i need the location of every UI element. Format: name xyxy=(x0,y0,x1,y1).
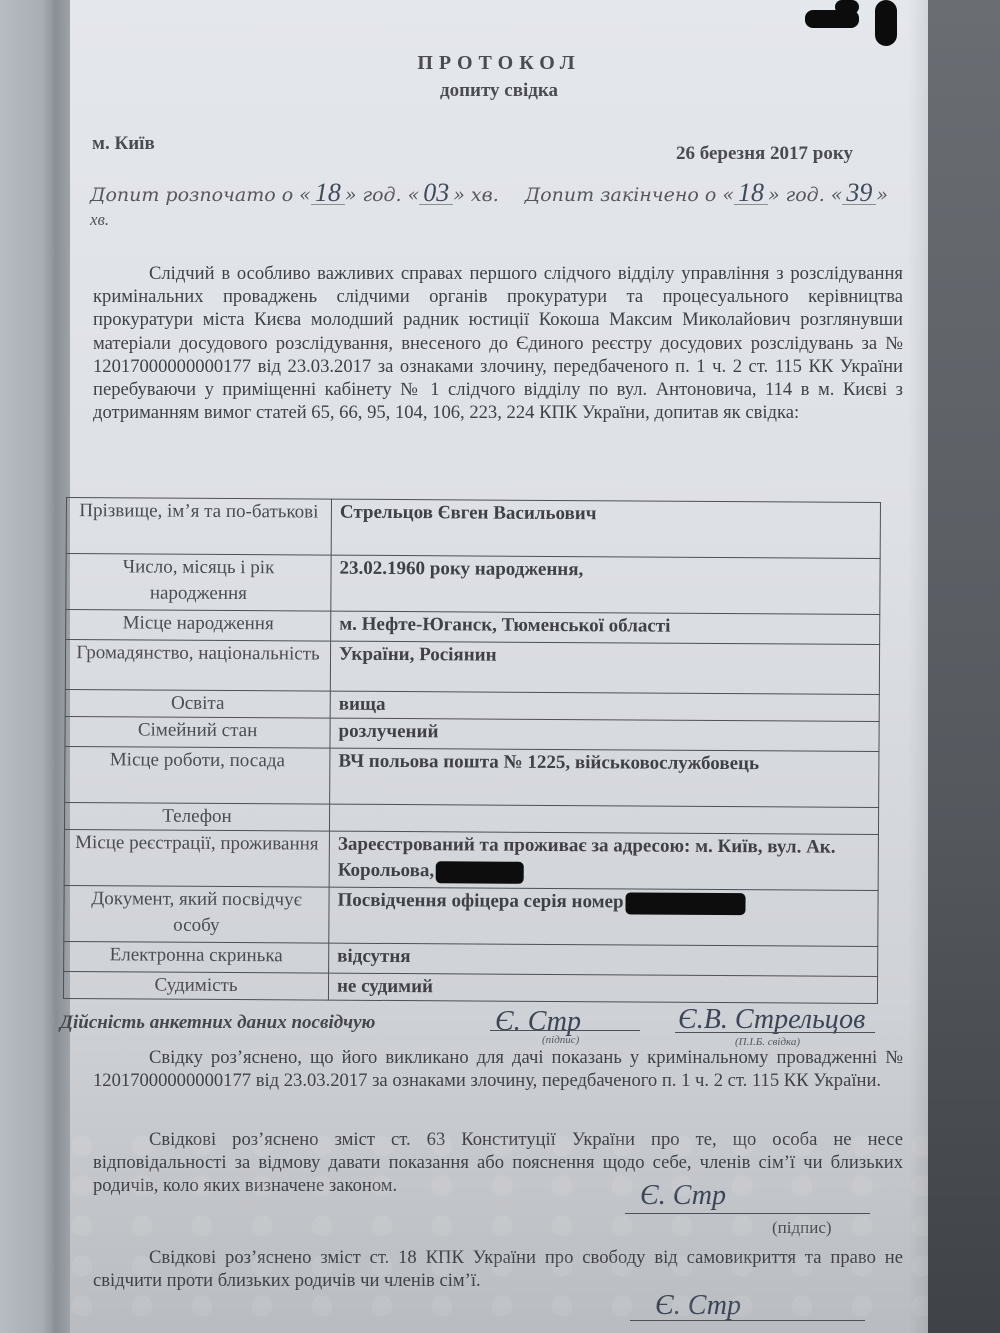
start-label: Допит розпочато о « xyxy=(90,184,311,206)
field-label: Місце роботи, посада xyxy=(65,746,330,804)
field-value-text: Зареєстрований та проживає за адресою: м… xyxy=(338,834,836,882)
signature-line-2 xyxy=(625,1213,870,1214)
field-value: розлучений xyxy=(330,718,879,751)
signature-caption-2: (підпис) xyxy=(772,1218,832,1238)
interrogation-times: Допит розпочато о «18» год. «03» хв.Допи… xyxy=(90,182,900,206)
field-value: Стрельцов Євген Васильович xyxy=(331,499,880,558)
end-minute-field: 39 xyxy=(842,182,876,205)
field-value: м. Нефте-Юганск, Тюменської області xyxy=(331,611,880,644)
field-value-text: Стрельцов Євген Васильович xyxy=(340,502,597,525)
document-subtitle: допиту свідка xyxy=(70,80,928,102)
paragraph-rights-3: Свідкові роз’яснено зміст ст. 18 КПК Укр… xyxy=(93,1246,903,1292)
table-row: Прізвище, ім’я та по-батьковіСтрельцов Є… xyxy=(66,498,880,559)
quote-close: » xyxy=(876,184,888,206)
field-value: відсутня xyxy=(329,943,878,976)
witness-details-table: Прізвище, ім’я та по-батьковіСтрельцов Є… xyxy=(63,497,881,1004)
document-title: ПРОТОКОЛ xyxy=(70,52,928,75)
table-row: Документ, який посвідчує особуПосвідченн… xyxy=(64,885,878,946)
field-value-text: відсутня xyxy=(337,946,411,967)
witness-signature-2: Є. Стр xyxy=(640,1180,726,1212)
table-row: Освітавища xyxy=(65,689,879,721)
signature-caption: (підпис) xyxy=(542,1034,579,1046)
minute-label: » хв. xyxy=(453,184,498,206)
intro-paragraph: Слідчий в особливо важливих справах перш… xyxy=(93,262,903,424)
field-label: Документ, який посвідчує особу xyxy=(64,885,329,943)
table-row: Сімейний станрозлучений xyxy=(65,716,879,751)
paragraph-3-text: Свідкові роз’яснено зміст ст. 63 Констит… xyxy=(93,1129,903,1196)
document-city: м. Київ xyxy=(92,133,155,155)
minutes-tail: хв. xyxy=(90,210,109,230)
field-value-text: ВЧ польова пошта № 1225, військовослужбо… xyxy=(338,751,759,775)
paragraph-2-text: Свідку роз’яснено, що його викликано для… xyxy=(93,1047,903,1091)
field-value: України, Росіянин xyxy=(330,641,879,694)
field-label: Місце реєстрації, проживання xyxy=(64,829,329,887)
table-row: Телефон xyxy=(64,802,878,834)
signature-line xyxy=(490,1030,640,1031)
end-hour-field: 18 xyxy=(734,182,768,205)
redaction-mark xyxy=(626,892,746,915)
field-value: Зареєстрований та проживає за адресою: м… xyxy=(329,831,878,890)
field-label: Судимість xyxy=(63,971,328,1000)
field-label: Освіта xyxy=(65,689,330,718)
name-line xyxy=(675,1032,875,1033)
document-page: ПРОТОКОЛ допиту свідка м. Київ 26 березн… xyxy=(70,0,928,1333)
table-row: Місце народженням. Нефте-Юганск, Тюменсь… xyxy=(66,610,880,645)
paragraph-rights-2: Свідкові роз’яснено зміст ст. 63 Констит… xyxy=(93,1128,903,1198)
field-value xyxy=(329,804,878,834)
hour-label: » год. « xyxy=(768,184,842,206)
field-value: ВЧ польова пошта № 1225, військовослужбо… xyxy=(330,748,879,807)
start-hour-field: 18 xyxy=(311,182,345,205)
field-value: Посвідчення офіцера серія номер xyxy=(329,887,878,946)
start-minute-field: 03 xyxy=(419,182,453,205)
verification-statement: Дійсність анкетних даних посвідчую xyxy=(60,1012,375,1034)
field-value: вища xyxy=(330,691,879,721)
field-value-text: не судимий xyxy=(337,976,433,998)
field-value-text: 23.02.1960 року народження, xyxy=(340,558,584,580)
table-row: Місце роботи, посадаВЧ польова пошта № 1… xyxy=(65,746,879,807)
field-label: Прізвище, ім’я та по-батькові xyxy=(66,498,331,556)
table-row: Місце реєстрації, проживанняЗареєстрован… xyxy=(64,829,878,890)
field-value-text: розлучений xyxy=(339,721,439,743)
hour-label: » год. « xyxy=(345,184,419,206)
field-value-text: України, Росіянин xyxy=(339,644,497,666)
redaction-mark-top xyxy=(805,0,905,48)
paragraph-rights-1: Свідку роз’яснено, що його викликано для… xyxy=(93,1046,903,1092)
table-row: Число, місяць і рік народження23.02.1960… xyxy=(66,554,880,615)
field-value: 23.02.1960 року народження, xyxy=(331,555,880,614)
field-value-text: м. Нефте-Юганск, Тюменської області xyxy=(339,614,670,637)
paragraph-4-text: Свідкові роз’яснено зміст ст. 18 КПК Укр… xyxy=(93,1247,903,1291)
background-right xyxy=(920,0,1000,1333)
field-label: Телефон xyxy=(64,802,329,831)
field-label: Місце народження xyxy=(66,610,331,642)
field-label: Сімейний стан xyxy=(65,716,330,748)
field-value-text: Посвідчення офіцера серія номер xyxy=(337,890,623,913)
table-row: Електронна скринькавідсутня xyxy=(64,941,878,976)
field-value-text: вища xyxy=(339,694,386,715)
field-label: Громадянство, національність xyxy=(65,640,330,692)
witness-signature-3: Є. Стр xyxy=(655,1290,741,1322)
end-label: Допит закінчено о « xyxy=(525,184,734,206)
table-row: Громадянство, національністьУкраїни, Рос… xyxy=(65,640,879,695)
field-value: не судимий xyxy=(328,973,877,1003)
document-date: 26 березня 2017 року xyxy=(676,143,853,165)
table-row: Судимістьне судимий xyxy=(63,971,877,1003)
redaction-mark xyxy=(436,861,524,884)
signature-line-3 xyxy=(630,1320,865,1321)
field-label: Число, місяць і рік народження xyxy=(66,554,331,612)
intro-text: Слідчий в особливо важливих справах перш… xyxy=(93,263,903,423)
background-left xyxy=(0,0,70,1333)
field-label: Електронна скринька xyxy=(64,941,329,973)
